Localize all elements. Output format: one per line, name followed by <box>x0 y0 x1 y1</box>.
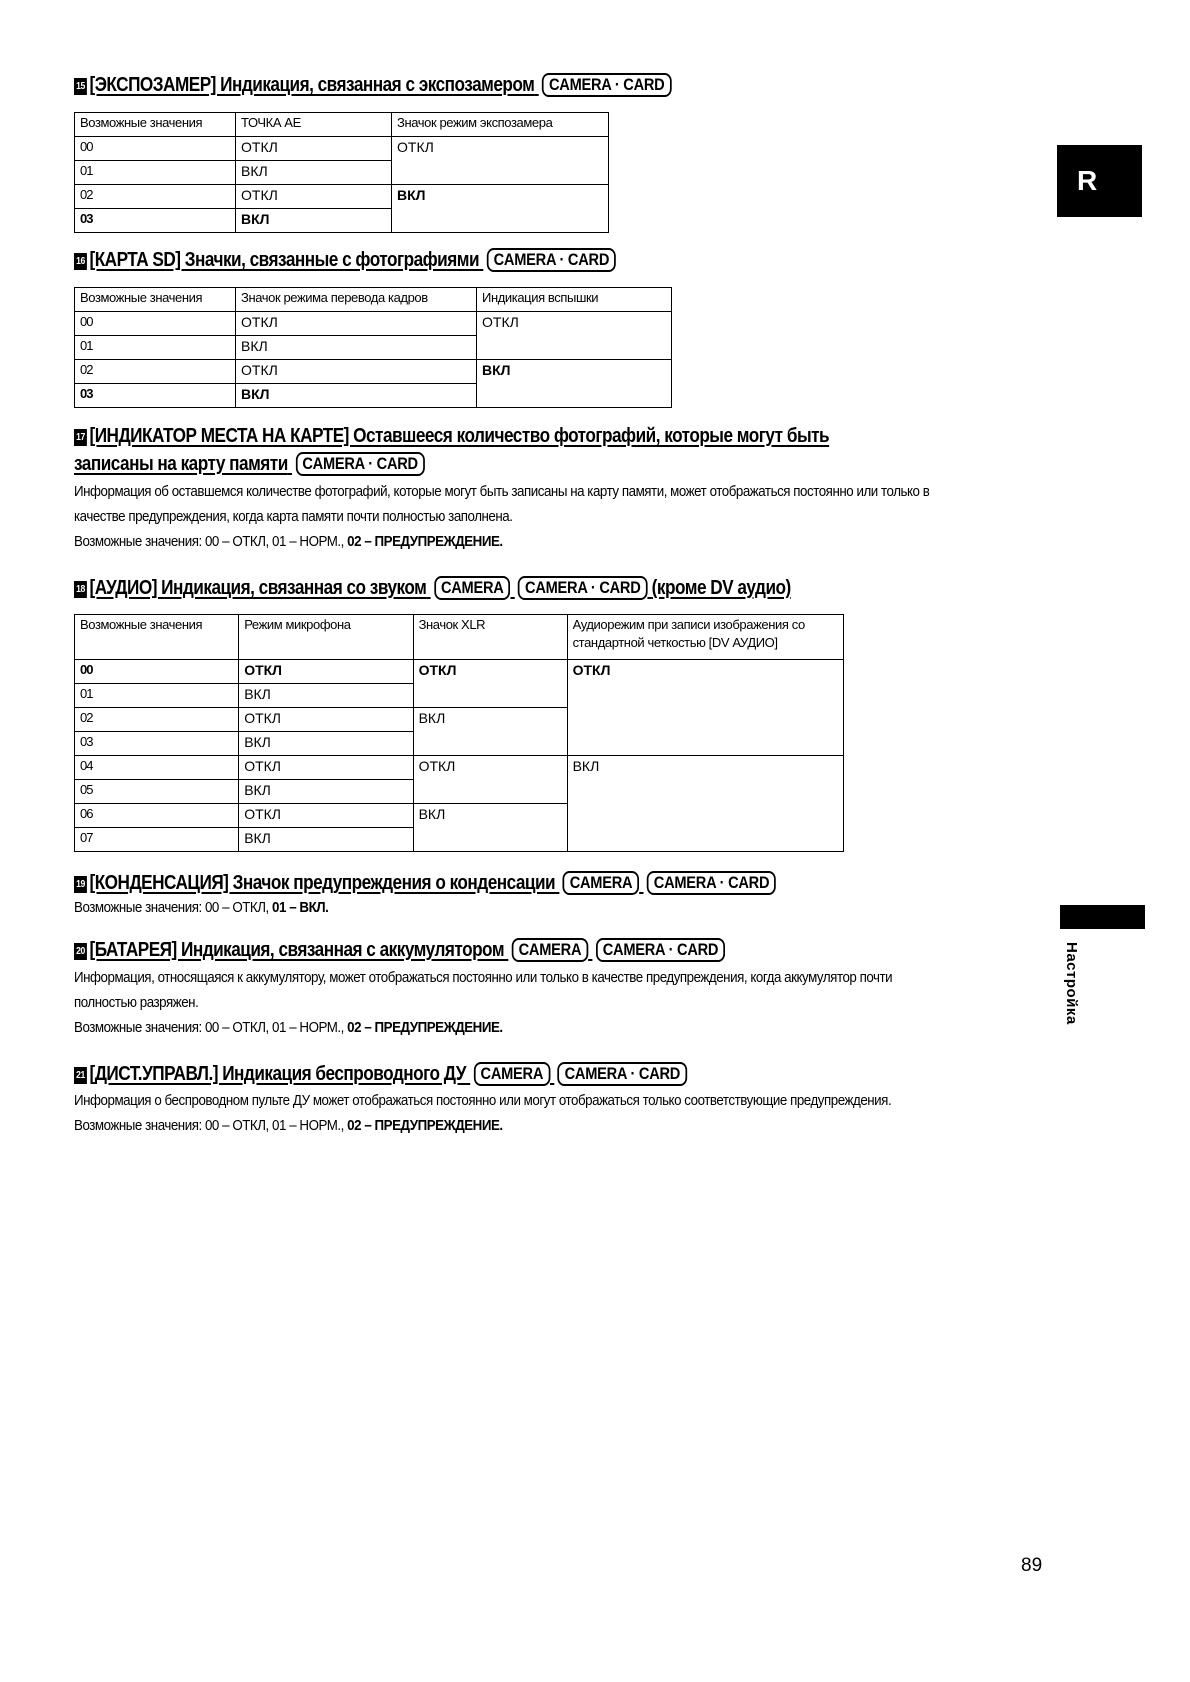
camera-mode-badge: CAMERA <box>434 576 510 600</box>
table-cell: ВКЛ <box>236 384 477 408</box>
table-cell: ОТКЛ <box>392 137 609 185</box>
section-title-text: [КАРТА SD] Значки, связанные с фотографи… <box>89 249 479 271</box>
table-row: 04 ОТКЛ ОТКЛ ВКЛ <box>75 756 844 780</box>
camera-mode-badge: CAMERA <box>512 938 588 962</box>
table-cell: 02 <box>75 360 236 384</box>
section-17-title-line2: записаны на карту памяти CAMERA · CARD <box>74 451 425 477</box>
table-cell: ОТКЛ <box>236 185 392 209</box>
audio-table: Возможные значения Режим микрофона Значо… <box>74 614 844 852</box>
table-header: Возможные значения <box>75 615 239 660</box>
values-text: Возможные значения: 00 – ОТКЛ, 01 – НОРМ… <box>74 534 347 550</box>
chapter-tab-r: R <box>1057 145 1142 217</box>
table-cell: 02 <box>75 708 239 732</box>
section-number-badge: 18 <box>74 581 87 598</box>
table-cell: 02 <box>75 185 236 209</box>
possible-values: Возможные значения: 00 – ОТКЛ, 01 – НОРМ… <box>74 530 957 555</box>
table-cell: 00 <box>75 312 236 336</box>
section-number-badge: 16 <box>74 253 87 270</box>
table-cell: ВКЛ <box>239 828 413 852</box>
description-text: Информация о беспроводном пульте ДУ може… <box>74 1089 957 1114</box>
section-title-text: [АУДИО] Индикация, связанная со звуком <box>89 577 426 599</box>
section-20-description: Информация, относящаяся к аккумулятору, … <box>74 966 957 1041</box>
camera-card-mode-badge: CAMERA · CARD <box>487 248 616 272</box>
camera-card-mode-badge: CAMERA · CARD <box>647 871 776 895</box>
values-bold-text: 02 – ПРЕДУПРЕЖДЕНИЕ. <box>347 534 502 550</box>
table-cell: ВКЛ <box>239 732 413 756</box>
table-cell: ОТКЛ <box>477 312 672 360</box>
chapter-letter: R <box>1077 165 1097 197</box>
section-15-title: 15[ЭКСПОЗАМЕР] Индикация, связанная с эк… <box>74 72 671 98</box>
camera-card-mode-badge: CAMERA · CARD <box>518 576 647 600</box>
table-cell: ОТКЛ <box>239 660 413 684</box>
description-text: Информация об оставшемся количестве фото… <box>74 480 957 530</box>
values-text: Возможные значения: 00 – ОТКЛ, 01 – НОРМ… <box>74 1118 347 1134</box>
possible-values: Возможные значения: 00 – ОТКЛ, 01 – НОРМ… <box>74 1114 957 1139</box>
table-cell: ОТКЛ <box>236 312 477 336</box>
values-bold-text: 02 – ПРЕДУПРЕЖДЕНИЕ. <box>347 1118 502 1134</box>
possible-values: Возможные значения: 00 – ОТКЛ, 01 – НОРМ… <box>74 1016 957 1041</box>
table-cell: 03 <box>75 732 239 756</box>
section-title-suffix: (кроме DV аудио) <box>652 577 791 599</box>
table-header: Значок режима перевода кадров <box>236 288 477 312</box>
table-row: 02 ОТКЛ ВКЛ <box>75 185 609 209</box>
table-cell: ВКЛ <box>239 684 413 708</box>
section-21-description: Информация о беспроводном пульте ДУ може… <box>74 1089 957 1139</box>
section-20-title: 20[БАТАРЕЯ] Индикация, связанная с аккум… <box>74 937 725 963</box>
description-text: Информация, относящаяся к аккумулятору, … <box>74 966 957 1016</box>
table-cell: ВКЛ <box>236 336 477 360</box>
table-cell: 07 <box>75 828 239 852</box>
table-cell: 01 <box>75 161 236 185</box>
section-number-badge: 21 <box>74 1067 87 1084</box>
values-text: Возможные значения: 00 – ОТКЛ, 01 – НОРМ… <box>74 1020 347 1036</box>
table-header: Возможные значения <box>75 113 236 137</box>
table-cell: ОТКЛ <box>413 756 567 804</box>
table-header: Значок режим экспозамера <box>392 113 609 137</box>
section-16-title: 16[КАРТА SD] Значки, связанные с фотогра… <box>74 247 616 273</box>
table-cell: ВКЛ <box>477 360 672 408</box>
table-header: Режим микрофона <box>239 615 413 660</box>
section-title-text: [КОНДЕНСАЦИЯ] Значок предупреждения о ко… <box>89 872 555 894</box>
photo-icons-table: Возможные значения Значок режима перевод… <box>74 287 672 408</box>
table-cell: 05 <box>75 780 239 804</box>
table-cell: ОТКЛ <box>239 708 413 732</box>
table-cell: ВКЛ <box>236 161 392 185</box>
section-title-text: [ДИСТ.УПРАВЛ.] Индикация беспроводного Д… <box>89 1063 465 1085</box>
table-cell: ОТКЛ <box>236 360 477 384</box>
chapter-marker-bar <box>1060 905 1145 929</box>
values-bold-text: 02 – ПРЕДУПРЕЖДЕНИЕ. <box>347 1020 502 1036</box>
section-title-text: записаны на карту памяти <box>74 453 288 475</box>
table-row: 00 ОТКЛ ОТКЛ ОТКЛ <box>75 660 844 684</box>
section-19-title: 19[КОНДЕНСАЦИЯ] Значок предупреждения о … <box>74 870 776 896</box>
section-19-values: Возможные значения: 00 – ОТКЛ, 01 – ВКЛ. <box>74 896 957 921</box>
table-cell: ОТКЛ <box>239 804 413 828</box>
table-row: 00 ОТКЛ ОТКЛ <box>75 137 609 161</box>
section-18-title: 18[АУДИО] Индикация, связанная со звуком… <box>74 575 791 601</box>
table-cell: 00 <box>75 137 236 161</box>
section-title-text: [ИНДИКАТОР МЕСТА НА КАРТЕ] Оставшееся ко… <box>89 425 829 447</box>
metering-table: Возможные значения ТОЧКА AE Значок режим… <box>74 112 609 233</box>
table-cell: 04 <box>75 756 239 780</box>
table-cell: ВКЛ <box>236 209 392 233</box>
table-cell: ВКЛ <box>239 780 413 804</box>
table-cell: ОТКЛ <box>567 660 843 756</box>
table-cell: ВКЛ <box>567 756 843 852</box>
camera-card-mode-badge: CAMERA · CARD <box>558 1062 687 1086</box>
camera-card-mode-badge: CAMERA · CARD <box>542 73 671 97</box>
table-cell: ОТКЛ <box>236 137 392 161</box>
section-17-description: Информация об оставшемся количестве фото… <box>74 480 957 555</box>
chapter-label: Настройка <box>1063 942 1080 1025</box>
section-17-title: 17[ИНДИКАТОР МЕСТА НА КАРТЕ] Оставшееся … <box>74 423 829 449</box>
table-header: Возможные значения <box>75 288 236 312</box>
section-title-text: [ЭКСПОЗАМЕР] Индикация, связанная с эксп… <box>89 74 534 96</box>
camera-mode-badge: CAMERA <box>474 1062 550 1086</box>
table-header: ТОЧКА AE <box>236 113 392 137</box>
table-cell: 03 <box>75 384 236 408</box>
table-cell: ОТКЛ <box>239 756 413 780</box>
section-number-badge: 19 <box>74 876 87 893</box>
table-cell: 01 <box>75 684 239 708</box>
camera-card-mode-badge: CAMERA · CARD <box>295 452 424 476</box>
table-cell: 00 <box>75 660 239 684</box>
section-title-text: [БАТАРЕЯ] Индикация, связанная с аккумул… <box>89 939 504 961</box>
table-row: 02 ОТКЛ ВКЛ <box>75 360 672 384</box>
values-text: Возможные значения: 00 – ОТКЛ, <box>74 900 272 916</box>
table-cell: ВКЛ <box>413 804 567 852</box>
camera-mode-badge: CAMERA <box>563 871 639 895</box>
table-cell: 06 <box>75 804 239 828</box>
values-bold-text: 01 – ВКЛ. <box>272 900 328 916</box>
section-number-badge: 20 <box>74 943 87 960</box>
table-cell: 01 <box>75 336 236 360</box>
camera-card-mode-badge: CAMERA · CARD <box>596 938 725 962</box>
section-number-badge: 17 <box>74 429 87 446</box>
table-cell: ВКЛ <box>392 185 609 233</box>
table-header: Значок XLR <box>413 615 567 660</box>
table-cell: ОТКЛ <box>413 660 567 708</box>
table-cell: 03 <box>75 209 236 233</box>
page-number: 89 <box>1021 1555 1042 1577</box>
table-cell: ВКЛ <box>413 708 567 756</box>
table-row: 00 ОТКЛ ОТКЛ <box>75 312 672 336</box>
section-number-badge: 15 <box>74 78 87 95</box>
table-header: Аудиорежим при записи изображения со ста… <box>567 615 843 660</box>
table-header: Индикация вспышки <box>477 288 672 312</box>
section-21-title: 21[ДИСТ.УПРАВЛ.] Индикация беспроводного… <box>74 1061 687 1087</box>
